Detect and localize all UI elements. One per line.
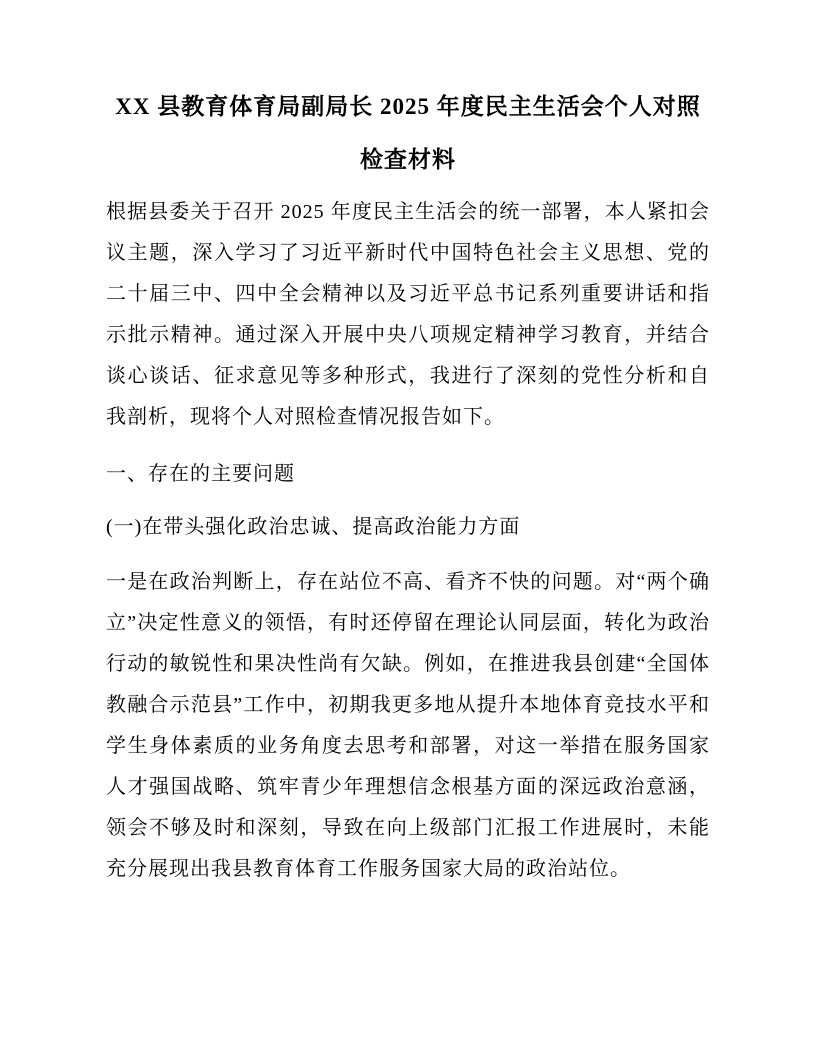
paragraph-problem-political-judgment: 一是在政治判断上，存在站位不高、看齐不快的问题。对“两个确立”决定性意义的领悟，… — [106, 562, 710, 890]
document-title: XX 县教育体育局副局长 2025 年度民主生活会个人对照检查材料 — [106, 80, 710, 186]
subsection-heading-political-loyalty: (一)在带头强化政治忠诚、提高政治能力方面 — [106, 507, 710, 548]
document-page: XX 县教育体育局副局长 2025 年度民主生活会个人对照检查材料 根据县委关于… — [0, 0, 816, 1056]
paragraph-intro: 根据县委关于召开 2025 年度民主生活会的统一部署，本人紧扣会议主题，深入学习… — [106, 192, 710, 438]
section-heading-main-problems: 一、存在的主要问题 — [106, 454, 710, 495]
